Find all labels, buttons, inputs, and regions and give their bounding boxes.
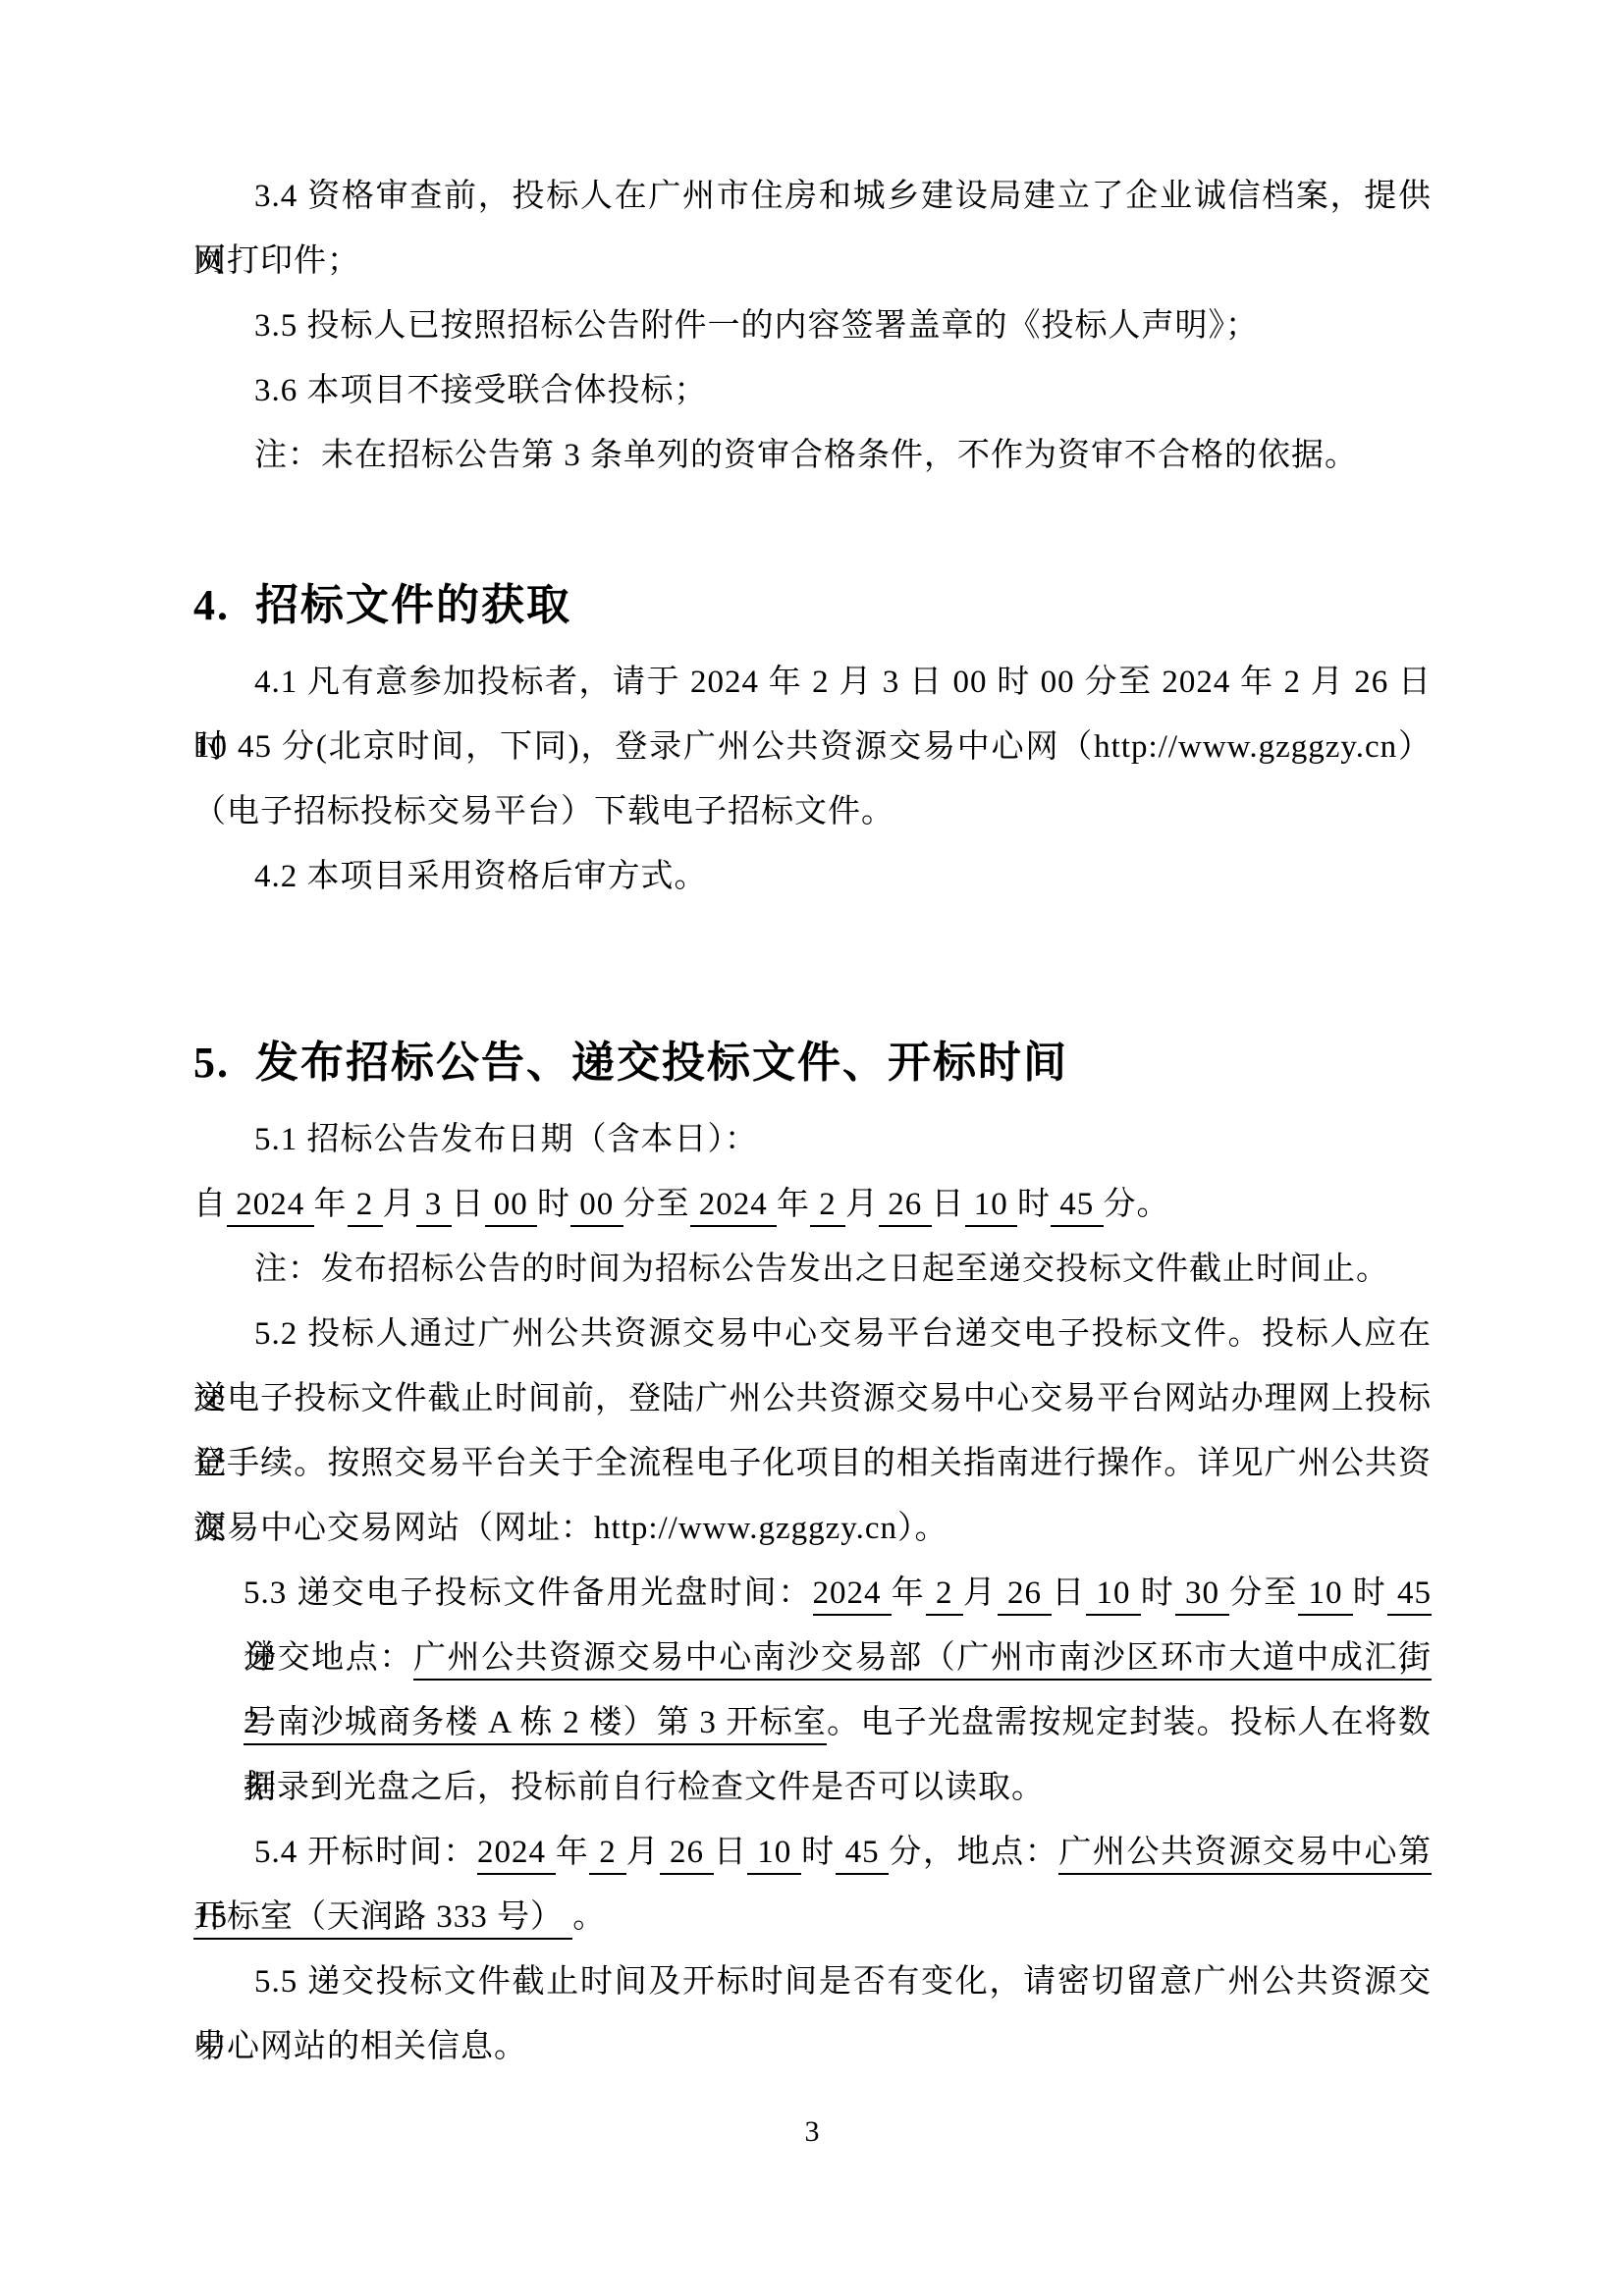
document-page: 3.4 资格审查前，投标人在广州市住房和城乡建设局建立了企业诚信档案，提供网 页…: [193, 164, 1432, 2079]
underlined-text: 10: [1086, 1575, 1141, 1616]
section-4-heading: 4. 招标文件的获取: [193, 561, 1432, 650]
underlined-text: 26: [998, 1575, 1053, 1616]
text-run: （电子招标投标交易平台）下载电子招标文件。: [193, 794, 894, 829]
text-run: 刻录到光盘之后，投标前自行检查文件是否可以读取。: [244, 1770, 1045, 1805]
text-run: 年: [314, 1187, 348, 1222]
text-run: 时: [1353, 1575, 1387, 1611]
underlined-text: 00: [485, 1187, 538, 1227]
para-5-3-line-4: 刻录到光盘之后，投标前自行检查文件是否可以读取。: [193, 1755, 1432, 1820]
underlined-text: 30: [1175, 1575, 1230, 1616]
text-run: 交易中心交易网站（网址：http://www.gzggzy.cn）。: [193, 1511, 948, 1546]
underlined-text: 10: [747, 1835, 801, 1875]
para-5-1: 5.1 招标公告发布日期（含本日）：: [193, 1107, 1432, 1172]
para-5-2-line-2: 交电子投标文件截止时间前，登陆广州公共资源交易中心交易平台网站办理网上投标登: [193, 1366, 1432, 1431]
text-run: 分，地点：: [889, 1835, 1058, 1870]
text-run: 年: [777, 1187, 810, 1222]
text-run: 注：未在招标公告第 3 条单列的资审合格条件，不作为资审不合格的依据。: [254, 438, 1358, 473]
underlined-text: 10: [965, 1187, 1018, 1227]
para-4-1-line-1: 4.1 凡有意参加投标者，请于 2024 年 2 月 3 日 00 时 00 分…: [193, 650, 1432, 715]
para-5-4-line-2: 开标室（天润路 333 号） 。: [193, 1885, 1432, 1949]
para-5-2-line-3: 记手续。按照交易平台关于全流程电子化项目的相关指南进行操作。详见广州公共资源: [193, 1431, 1432, 1496]
page-number: 3: [0, 2112, 1624, 2152]
underlined-text: 2: [589, 1835, 625, 1875]
underlined-text: 26: [879, 1187, 932, 1227]
text-run: 时: [1017, 1187, 1051, 1222]
underlined-text: 2024: [813, 1575, 892, 1616]
para-5-3-line-3: 号南沙城商务楼 A 栋 2 楼）第 3 开标室。电子光盘需按规定封装。投标人在将…: [193, 1690, 1432, 1755]
para-5-1-date: 自 2024 年 2 月 3 日 00 时 00 分至 2024 年 2 月 2…: [193, 1172, 1432, 1237]
para-5-5-line-2: 中心网站的相关信息。: [193, 2014, 1432, 2079]
para-5-3-line-2: 递交地点：广州公共资源交易中心南沙交易部（广州市南沙区环市大道中成汇街 2: [193, 1626, 1432, 1690]
underlined-text: 45: [836, 1835, 890, 1875]
para-3-4-line-2: 页打印件；: [193, 229, 1432, 294]
underlined-text: 开标室（天润路 333 号）: [193, 1899, 572, 1940]
underlined-text: 2024: [477, 1835, 556, 1875]
text-run: 月: [963, 1575, 998, 1611]
text-run: 自: [193, 1187, 227, 1222]
para-4-2: 4.2 本项目采用资格后审方式。: [193, 844, 1432, 909]
text-run: 页打印件；: [193, 243, 360, 279]
text-run: 。: [572, 1899, 606, 1935]
text-run: 5.1 招标公告发布日期（含本日）：: [254, 1122, 758, 1157]
para-3-note: 注：未在招标公告第 3 条单列的资审合格条件，不作为资审不合格的依据。: [193, 423, 1432, 488]
underlined-text: 号南沙城商务楼 A 栋 2 楼）第 3 开标室: [244, 1705, 827, 1745]
text-run: 日: [714, 1835, 748, 1870]
text-run: 递交地点：: [244, 1640, 413, 1676]
para-3-4-line-1: 3.4 资格审查前，投标人在广州市住房和城乡建设局建立了企业诚信档案，提供网: [193, 164, 1432, 229]
text-run: 中心网站的相关信息。: [193, 2029, 527, 2064]
underlined-text: 2: [926, 1575, 963, 1616]
para-5-5-line-1: 5.5 递交投标文件截止时间及开标时间是否有变化，请密切留意广州公共资源交易: [193, 1949, 1432, 2014]
text-run: 分至: [623, 1187, 690, 1222]
text-run: 时: [801, 1835, 836, 1870]
para-3-5: 3.5 投标人已按照招标公告附件一的内容签署盖章的《投标人声明》；: [193, 294, 1432, 358]
underlined-text: 2: [810, 1187, 845, 1227]
underlined-text: 45: [1051, 1187, 1104, 1227]
text-run: 4.2 本项目采用资格后审方式。: [254, 859, 708, 894]
underlined-text: 2024: [690, 1187, 778, 1227]
text-run: 注：发布招标公告的时间为招标公告发出之日起至递交投标文件截止时间止。: [254, 1252, 1389, 1287]
para-4-1-line-2: 时 45 分(北京时间，下同)，登录广州公共资源交易中心网（http://www…: [193, 715, 1432, 779]
text-run: 分。: [1104, 1187, 1170, 1222]
underlined-text: 2024: [227, 1187, 314, 1227]
underlined-text: 45: [1387, 1575, 1432, 1616]
text-run: 5.3 递交电子投标文件备用光盘时间：: [244, 1575, 813, 1611]
para-5-2-line-1: 5.2 投标人通过广州公共资源交易中心交易平台递交电子投标文件。投标人应在递: [193, 1302, 1432, 1366]
underlined-text: 2: [348, 1187, 383, 1227]
underlined-text: 26: [660, 1835, 714, 1875]
text-run: 年: [892, 1575, 926, 1611]
text-run: 日: [1052, 1575, 1086, 1611]
text-run: 月: [383, 1187, 416, 1222]
section-5-heading: 5. 发布招标公告、递交投标文件、开标时间: [193, 1019, 1432, 1107]
text-run: 日: [452, 1187, 485, 1222]
para-5-note: 注：发布招标公告的时间为招标公告发出之日起至递交投标文件截止时间止。: [193, 1237, 1432, 1302]
text-run: 时: [537, 1187, 570, 1222]
text-run: 月: [626, 1835, 661, 1870]
text-run: 月: [845, 1187, 879, 1222]
text-run: 时 45 分(北京时间，下同)，登录广州公共资源交易中心网（http://www…: [193, 729, 1432, 765]
text-run: 日: [932, 1187, 965, 1222]
text-run: 时: [1141, 1575, 1175, 1611]
text-run: 3.5 投标人已按照招标公告附件一的内容签署盖章的《投标人声明》；: [254, 308, 1259, 344]
para-5-2-line-4: 交易中心交易网站（网址：http://www.gzggzy.cn）。: [193, 1496, 1432, 1561]
para-4-1-line-3: （电子招标投标交易平台）下载电子招标文件。: [193, 779, 1432, 844]
para-5-4-line-1: 5.4 开标时间：2024 年 2 月 26 日 10 时 45 分，地点：广州…: [193, 1820, 1432, 1885]
text-run: 年: [556, 1835, 590, 1870]
para-3-6: 3.6 本项目不接受联合体投标；: [193, 358, 1432, 423]
underlined-text: 3: [416, 1187, 452, 1227]
text-run: 3.6 本项目不接受联合体投标；: [254, 373, 708, 408]
text-run: 分至: [1229, 1575, 1298, 1611]
underlined-text: 00: [570, 1187, 623, 1227]
underlined-text: 10: [1298, 1575, 1353, 1616]
para-5-3-line-1: 5.3 递交电子投标文件备用光盘时间：2024 年 2 月 26 日 10 时 …: [193, 1561, 1432, 1626]
text-run: 5.4 开标时间：: [254, 1835, 477, 1870]
